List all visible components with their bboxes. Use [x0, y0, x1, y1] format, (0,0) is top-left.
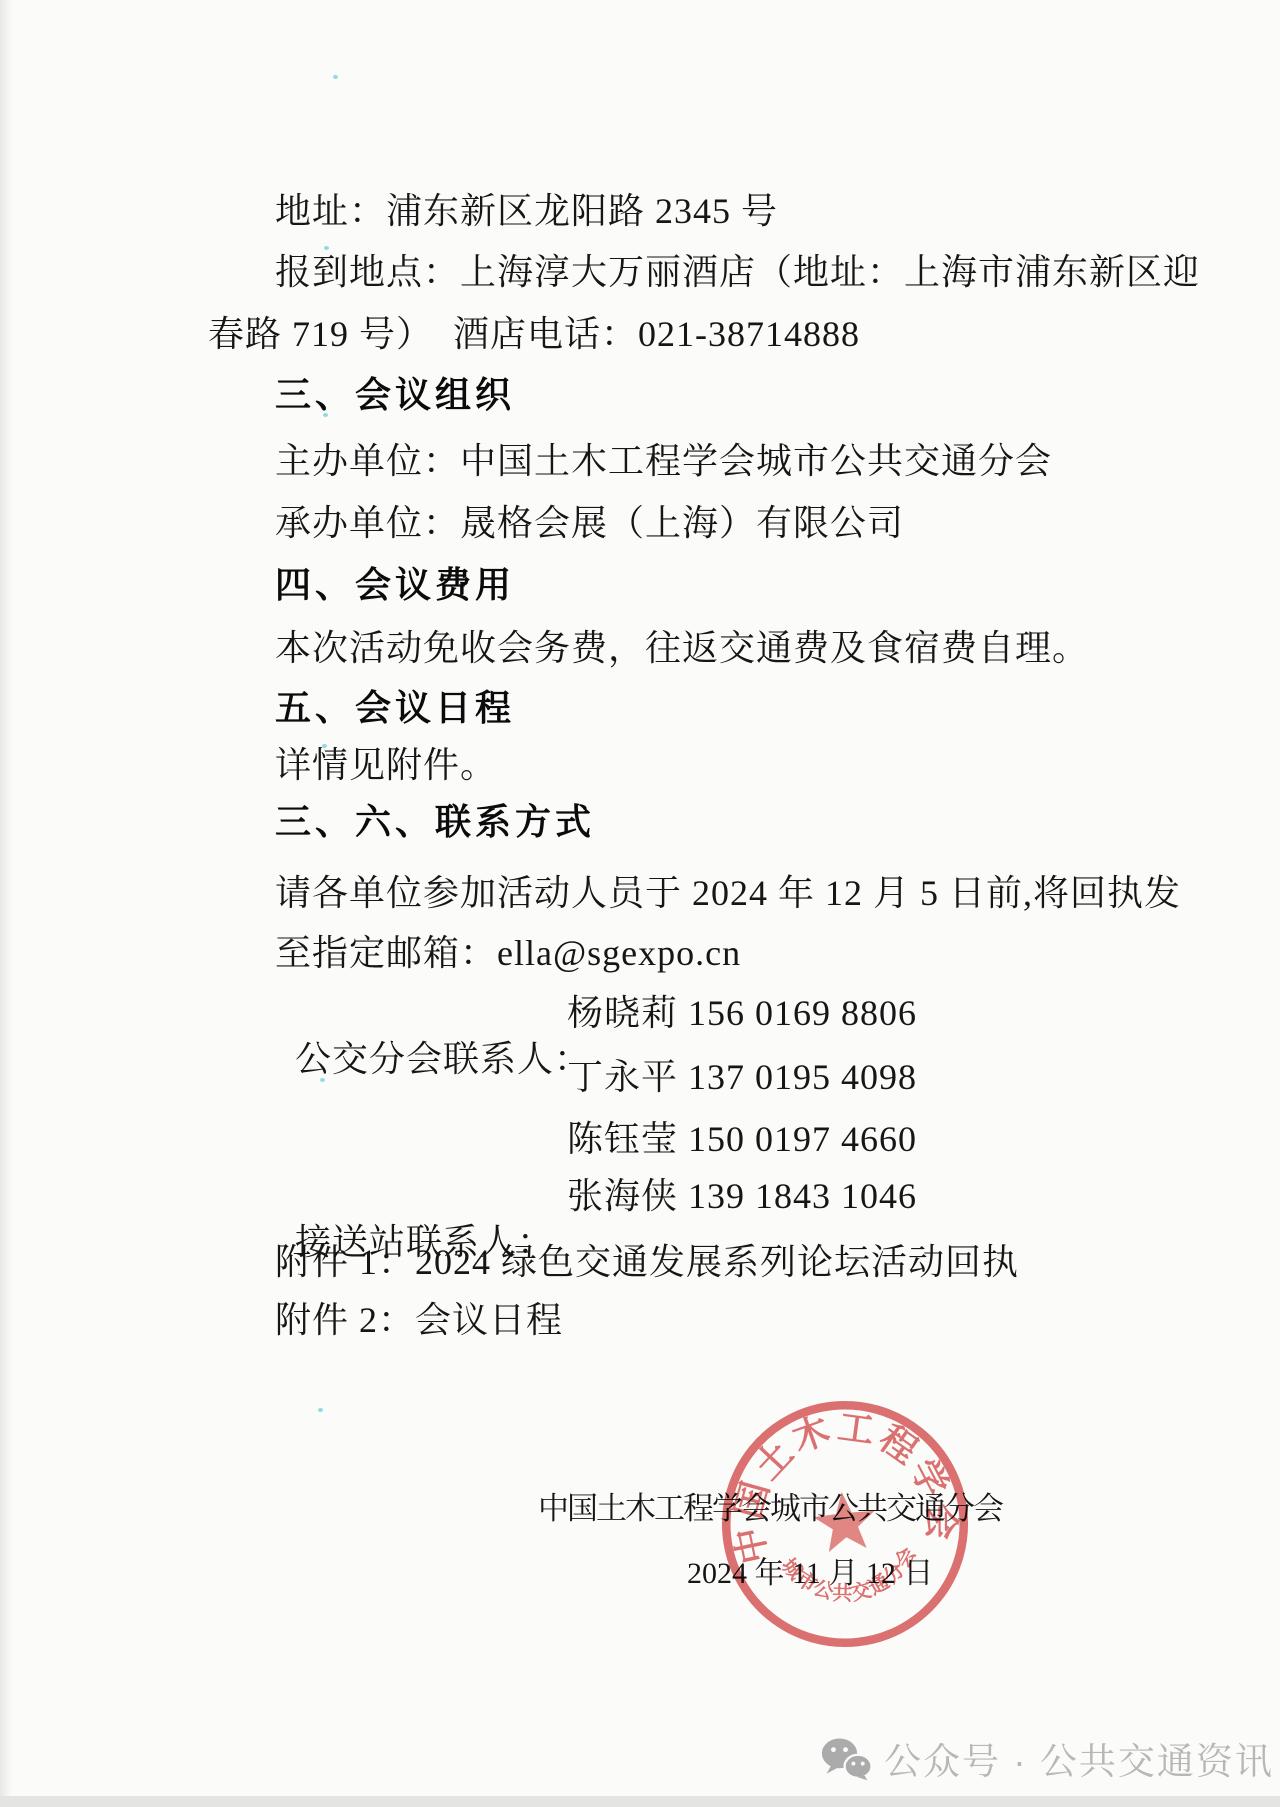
- bus-contact-2: 丁永平 137 0195 4098: [567, 1054, 917, 1100]
- host-line: 主办单位：中国土木工程学会城市公共交通分会: [275, 438, 1052, 484]
- section6-heading: 三、六、联系方式: [275, 799, 595, 845]
- scan-speck: [324, 246, 329, 250]
- station-contact: 张海侠 139 1843 1046: [567, 1173, 917, 1219]
- reply-intro-line1: 请各单位参加活动人员于 2024 年 12 月 5 日前,将回执发: [275, 870, 1181, 916]
- checkin-continuation-line: 春路 719 号） 酒店电话：021-38714888: [208, 311, 860, 357]
- address-line: 地址：浦东新区龙阳路 2345 号: [275, 188, 778, 234]
- wechat-watermark: 公众号 · 公共交通资讯: [820, 1733, 1274, 1783]
- seal-graphic: 中国土木工程学会 城市公共交通分会: [699, 1378, 991, 1670]
- seal-bottom-text: 城市公共交通分会: [775, 1540, 925, 1613]
- bus-contact-1: 杨晓莉 156 0169 8806: [567, 990, 917, 1036]
- official-seal-stamp: 中国土木工程学会 城市公共交通分会: [699, 1378, 991, 1670]
- fee-line: 本次活动免收会务费，往返交通费及食宿费自理。: [275, 625, 1089, 671]
- reply-intro-line2: 至指定邮箱：ella@sgexpo.cn: [275, 930, 741, 976]
- wechat-icon: [820, 1735, 872, 1781]
- checkin-line: 报到地点：上海淳大万丽酒店（地址：上海市浦东新区迎: [275, 249, 1200, 295]
- schedule-line: 详情见附件。: [275, 742, 497, 788]
- scan-speck: [333, 75, 338, 79]
- scan-speck: [322, 744, 327, 748]
- page-bottom-edge: [0, 1796, 1280, 1807]
- bus-contact-3: 陈钰莹 150 0197 4660: [567, 1116, 917, 1162]
- attachment2-line: 附件 2：会议日程: [275, 1297, 563, 1343]
- wechat-account-label: 公众号 · 公共交通资讯: [884, 1731, 1274, 1785]
- star-icon: [811, 1489, 878, 1554]
- page-edge-shadow: [0, 0, 12, 1807]
- organizer-line: 承办单位：晟格会展（上海）有限公司: [275, 500, 904, 546]
- svg-text:城市公共交通分会: 城市公共交通分会: [775, 1540, 925, 1613]
- scan-speck: [318, 1408, 323, 1412]
- scanned-document-page: { "doc": { "lines": { "address": "地址：浦东新…: [0, 0, 1280, 1807]
- scan-speck: [323, 413, 328, 417]
- scan-speck: [320, 1078, 325, 1082]
- bus-contacts-line: 公交分会联系人： 杨晓莉 156 0169 8806: [275, 990, 591, 1128]
- section5-heading: 五、会议日程: [275, 685, 515, 731]
- attachment1-line: 附件 1：2024 绿色交通发展系列论坛活动回执: [275, 1239, 1019, 1285]
- section3-heading: 三、会议组织: [275, 372, 515, 418]
- bus-contacts-label: 公交分会联系人：: [295, 1039, 591, 1079]
- section4-heading: 四、会议费用: [275, 562, 515, 608]
